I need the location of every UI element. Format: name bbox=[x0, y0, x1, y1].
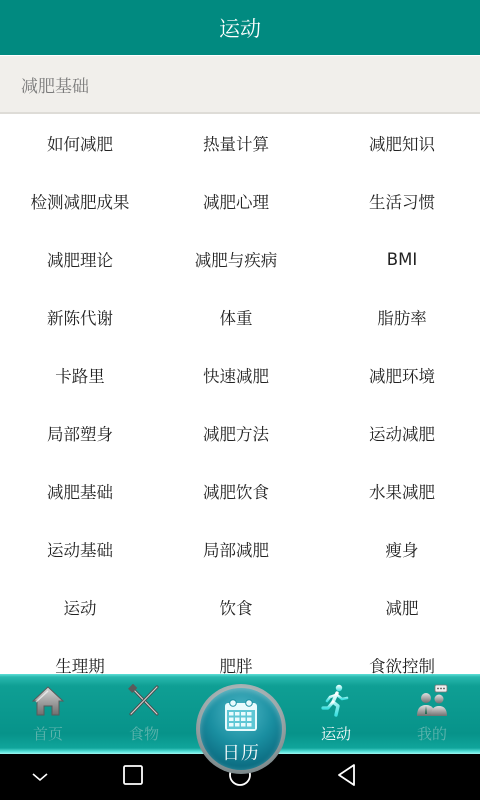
grid-row: 运动 饮食 减肥 bbox=[0, 578, 480, 636]
topic-item[interactable]: 瘦身 bbox=[314, 520, 480, 578]
grid-row: 如何减肥 热量计算 减肥知识 bbox=[0, 114, 480, 172]
topic-item[interactable]: 卡路里 bbox=[0, 346, 158, 404]
topic-item[interactable]: 运动减肥 bbox=[314, 404, 480, 462]
tab-label: 首页 bbox=[33, 723, 63, 744]
topic-item[interactable]: 运动基础 bbox=[0, 520, 158, 578]
topic-item[interactable]: 局部减肥 bbox=[158, 520, 314, 578]
topic-item[interactable]: 运动 bbox=[0, 578, 158, 636]
topic-item[interactable]: 局部塑身 bbox=[0, 404, 158, 462]
topic-item[interactable]: 减肥知识 bbox=[314, 114, 480, 172]
topic-item[interactable]: 减肥理论 bbox=[0, 230, 158, 288]
tab-profile[interactable]: 我的 bbox=[384, 674, 480, 754]
grid-row: 卡路里 快速减肥 减肥环境 bbox=[0, 346, 480, 404]
topic-item[interactable]: 减肥方法 bbox=[158, 404, 314, 462]
tab-label: 运动 bbox=[321, 723, 351, 744]
tab-home[interactable]: 首页 bbox=[0, 674, 96, 754]
topic-item[interactable]: 减肥 bbox=[314, 578, 480, 636]
calendar-icon bbox=[223, 698, 259, 736]
topic-item[interactable]: BMI bbox=[314, 230, 480, 288]
grid-row: 生理期 肥胖 食欲控制 bbox=[0, 636, 480, 676]
chevron-down-icon bbox=[31, 768, 49, 787]
home-icon bbox=[31, 684, 65, 718]
hide-keyboard-button[interactable] bbox=[10, 754, 70, 800]
grid-row: 局部塑身 减肥方法 运动减肥 bbox=[0, 404, 480, 462]
grid-row: 减肥理论 减肥与疾病 BMI bbox=[0, 230, 480, 288]
calendar-label: 日历 bbox=[222, 739, 260, 765]
topic-item[interactable]: 减肥基础 bbox=[0, 462, 158, 520]
topic-item[interactable]: 食欲控制 bbox=[314, 636, 480, 676]
section-header: 减肥基础 bbox=[0, 56, 480, 114]
fork-knife-icon bbox=[127, 684, 161, 718]
topic-item[interactable]: 快速减肥 bbox=[158, 346, 314, 404]
topic-grid: 如何减肥 热量计算 减肥知识 检测减肥成果 减肥心理 生活习惯 减肥理论 减肥与… bbox=[0, 114, 480, 676]
topic-item[interactable]: 生理期 bbox=[0, 636, 158, 676]
topic-item[interactable]: 脂肪率 bbox=[314, 288, 480, 346]
topic-item[interactable]: 体重 bbox=[158, 288, 314, 346]
title-bar: 运动 bbox=[0, 0, 480, 55]
topic-item[interactable]: 检测减肥成果 bbox=[0, 172, 158, 230]
calendar-button-face: 日历 bbox=[200, 688, 282, 770]
square-icon bbox=[122, 764, 144, 790]
calendar-button[interactable]: 日历 bbox=[196, 684, 286, 774]
topic-item[interactable]: 饮食 bbox=[158, 578, 314, 636]
grid-row: 运动基础 局部减肥 瘦身 bbox=[0, 520, 480, 578]
topic-item[interactable]: 如何减肥 bbox=[0, 114, 158, 172]
topic-item[interactable]: 减肥饮食 bbox=[158, 462, 314, 520]
section-title: 减肥基础 bbox=[21, 72, 89, 97]
topic-item[interactable]: 肥胖 bbox=[158, 636, 314, 676]
tab-label: 我的 bbox=[417, 723, 447, 744]
back-triangle-icon bbox=[336, 763, 358, 791]
topic-item[interactable]: 新陈代谢 bbox=[0, 288, 158, 346]
topic-item[interactable]: 减肥心理 bbox=[158, 172, 314, 230]
back-button[interactable] bbox=[317, 754, 377, 800]
topic-item[interactable]: 减肥与疾病 bbox=[158, 230, 314, 288]
grid-row: 减肥基础 减肥饮食 水果减肥 bbox=[0, 462, 480, 520]
tab-exercise[interactable]: 运动 bbox=[288, 674, 384, 754]
recents-button[interactable] bbox=[103, 754, 163, 800]
running-icon bbox=[319, 684, 353, 718]
topic-item[interactable]: 减肥环境 bbox=[314, 346, 480, 404]
grid-row: 新陈代谢 体重 脂肪率 bbox=[0, 288, 480, 346]
users-icon bbox=[415, 684, 449, 718]
topic-item[interactable]: 生活习惯 bbox=[314, 172, 480, 230]
grid-row: 检测减肥成果 减肥心理 生活习惯 bbox=[0, 172, 480, 230]
tab-food[interactable]: 食物 bbox=[96, 674, 192, 754]
tab-label: 食物 bbox=[129, 723, 159, 744]
page-title: 运动 bbox=[219, 13, 261, 43]
topic-item[interactable]: 水果减肥 bbox=[314, 462, 480, 520]
topic-item[interactable]: 热量计算 bbox=[158, 114, 314, 172]
